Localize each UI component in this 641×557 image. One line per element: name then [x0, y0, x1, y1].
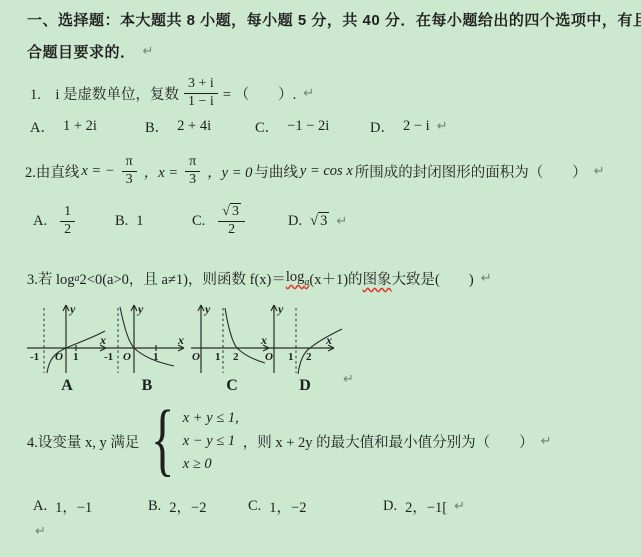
q2-math-2: ，x =	[144, 161, 178, 182]
q3-part-2: 2<0(a>0，且 a≠1)，则函数 f(x)＝	[80, 268, 286, 289]
sqrt-sign: √	[310, 213, 318, 229]
x-axis-label: x	[177, 333, 184, 347]
q2-fraction-2: π 3	[185, 154, 200, 189]
y-axis-label: y	[203, 302, 211, 316]
fraction-denominator: 2	[60, 222, 75, 239]
option-value: 2，−1[	[405, 496, 447, 517]
origin-label: O	[123, 351, 131, 363]
q2-math-4: y = cos x	[300, 163, 353, 180]
y-axis-label: y	[68, 302, 76, 316]
exam-document-page: 一、选择题：本大题共 8 小题，每小题 5 分，共 40 分．在每小题给出的四个…	[0, 0, 641, 557]
constraint-2: x − y ≤ 1	[183, 433, 239, 450]
tick-label-2: 2	[306, 351, 312, 363]
paragraph-mark-icon: ↵	[454, 499, 465, 514]
option-label: A.	[33, 213, 47, 230]
fraction-denominator: 3	[185, 172, 200, 189]
q2-tail: 所围成的封闭图形的面积为（ ）	[355, 161, 587, 182]
fraction-numerator: π	[185, 154, 200, 172]
fraction-numerator: √3	[218, 204, 245, 222]
sqrt-radicand: 3	[230, 203, 241, 219]
q4-options: A. 1，−1 B. 2，−2 C. 1，−2 D. 2，−1[ ↵	[0, 496, 641, 518]
tick-label-1: 1	[215, 351, 221, 363]
option-fraction: 1 2	[60, 204, 75, 239]
q2-option-d: D. √3 ↵	[288, 197, 347, 245]
paragraph-mark-icon: ↵	[336, 214, 347, 229]
q3-graph-b: -1 O 1 x y B	[104, 300, 190, 395]
option-value: 2 − i	[403, 118, 430, 135]
sqrt-radicand: 3	[318, 212, 329, 229]
q2-options: A. 1 2 B. 1 C. √3 2 D. √3 ↵	[0, 197, 641, 245]
option-value: −1 − 2i	[287, 118, 329, 135]
fraction-numerator: 3 + i	[184, 76, 218, 94]
option-fraction: √3 2	[218, 204, 245, 239]
q4-option-d: D. 2，−1[ ↵	[383, 496, 465, 517]
graph-d-figure: O 1 2 x y	[262, 300, 348, 376]
q3-wavy-log-text: log	[286, 269, 305, 285]
q4-option-c: C. 1，−2	[248, 496, 306, 517]
x-axis-label: x	[325, 333, 332, 347]
q2-stem: 2.由直线 x = − π 3 ，x = π 3 ，y = 0 与曲线 y = …	[25, 146, 605, 196]
option-value: 2，−2	[169, 496, 206, 517]
fraction-numerator: 1	[60, 204, 75, 222]
option-label: A.	[33, 498, 47, 515]
tick-label-1: 1	[288, 351, 294, 363]
paragraph-mark-icon: ↵	[437, 119, 448, 134]
paragraph-mark-icon: ↵	[541, 434, 552, 449]
q1-fraction: 3 + i 1 − i	[184, 76, 218, 111]
q1-option-d: D． 2 − i ↵	[370, 116, 448, 137]
q3-graph-a: -1 O 1 x y A	[24, 300, 110, 395]
system-brace: {	[151, 402, 175, 476]
option-label: D．	[370, 116, 395, 137]
option-value: 1	[136, 213, 143, 230]
q2-math-1: x = −	[81, 163, 114, 180]
q3-misspell-log: loga	[286, 269, 310, 288]
paragraph-mark-icon: ↵	[594, 164, 605, 179]
q3-graph-d: O 1 2 x y D	[262, 300, 348, 395]
q1-stem: 1. i 是虚数单位，复数 3 + i 1 − i = （ ）. ↵	[30, 70, 314, 116]
tick-label-2: 2	[233, 351, 239, 363]
q2-fraction-1: π 3	[122, 154, 137, 189]
option-label: C.	[192, 213, 205, 230]
q1-lead: 1. i 是虚数单位，复数	[30, 83, 179, 104]
option-label: D.	[288, 213, 302, 230]
section-header-line2-text: 合题目要求的．	[27, 41, 136, 62]
tick-label-1: 1	[73, 351, 79, 363]
constraint-3: x ≥ 0	[183, 456, 239, 473]
paragraph-mark-icon: ↵	[35, 524, 46, 539]
option-label: C．	[255, 116, 279, 137]
paragraph-mark-icon: ↵	[343, 372, 354, 387]
function-curve	[298, 329, 342, 374]
section-header-line1: 一、选择题：本大题共 8 小题，每小题 5 分，共 40 分．在每小题给出的四个…	[27, 9, 641, 30]
origin-label: O	[192, 351, 200, 363]
graph-b-figure: -1 O 1 x y	[104, 300, 190, 376]
option-label: B.	[148, 498, 161, 515]
fraction-denominator: 3	[122, 172, 137, 189]
q2-lead: 2.由直线	[25, 161, 79, 182]
constraint-1: x + y ≤ 1,	[183, 410, 239, 427]
tick-label-neg1: -1	[30, 351, 39, 363]
q4-option-b: B. 2，−2	[148, 496, 206, 517]
q2-mid: 与曲线	[254, 161, 298, 182]
option-label: A．	[30, 116, 55, 137]
q4-stem: 4.设变量 x, y 满足 { x + y ≤ 1, x − y ≤ 1 x ≥…	[27, 400, 552, 482]
option-value: 1，−2	[269, 496, 306, 517]
fraction-denominator: 2	[224, 222, 239, 239]
q1-tail: = （ ）.	[223, 83, 296, 104]
q3-misspell-word: 图象	[363, 268, 392, 289]
graph-caption: D	[262, 377, 348, 395]
paragraph-mark-icon: ↵	[481, 271, 492, 286]
q3-part-1: 3.若 log	[27, 268, 75, 289]
option-value: 1，−1	[55, 496, 92, 517]
q3-part-4: 大致是( )	[392, 268, 474, 289]
q1-option-c: C． −1 − 2i	[255, 116, 329, 137]
q4-lead: 4.设变量 x, y 满足	[27, 431, 139, 452]
q1-options: A． 1 + 2i B． 2 + 4i C． −1 − 2i D． 2 − i …	[0, 116, 641, 138]
q2-math-3: ，y = 0	[207, 161, 252, 182]
y-axis-label: y	[136, 302, 144, 316]
option-label: B．	[145, 116, 169, 137]
paragraph-mark-icon: ↵	[303, 86, 314, 101]
tick-label-1: 1	[153, 351, 159, 363]
fraction-numerator: π	[122, 154, 137, 172]
graph-caption: B	[104, 377, 190, 395]
option-label: C.	[248, 498, 261, 515]
fraction-denominator: 1 − i	[184, 94, 218, 111]
option-value: 1 + 2i	[63, 118, 97, 135]
paragraph-mark-icon: ↵	[143, 44, 154, 59]
option-value: 2 + 4i	[177, 118, 211, 135]
tick-label-neg1: -1	[104, 351, 113, 363]
origin-label: O	[55, 351, 63, 363]
q4-option-a: A. 1，−1	[33, 496, 92, 517]
q4-constraint-system: x + y ≤ 1, x − y ≤ 1 x ≥ 0	[183, 410, 239, 473]
section-header-line2: 合题目要求的． ↵	[27, 41, 154, 62]
graph-a-figure: -1 O 1 x y	[24, 300, 110, 376]
q2-option-a: A. 1 2	[33, 197, 80, 245]
sqrt-sign: √	[222, 204, 230, 219]
q3-part-3: (x＋1)的	[309, 268, 362, 289]
q1-option-b: B． 2 + 4i	[145, 116, 211, 137]
option-label: D.	[383, 498, 397, 515]
q3-stem: 3.若 loga2<0(a>0，且 a≠1)，则函数 f(x)＝loga(x＋1…	[27, 268, 492, 289]
origin-label: O	[265, 351, 273, 363]
function-curve	[225, 308, 265, 363]
q4-tail: ，则 x + 2y 的最大值和最小值分别为（ ）	[243, 431, 534, 452]
y-axis-label: y	[276, 302, 284, 316]
sqrt-radical: √3	[310, 213, 329, 230]
q2-option-c: C. √3 2	[192, 197, 250, 245]
option-label: B.	[115, 213, 128, 230]
graph-caption: A	[24, 377, 110, 395]
sqrt-radical: √3	[222, 204, 241, 221]
q2-option-b: B. 1	[115, 197, 144, 245]
q1-option-a: A． 1 + 2i	[30, 116, 97, 137]
